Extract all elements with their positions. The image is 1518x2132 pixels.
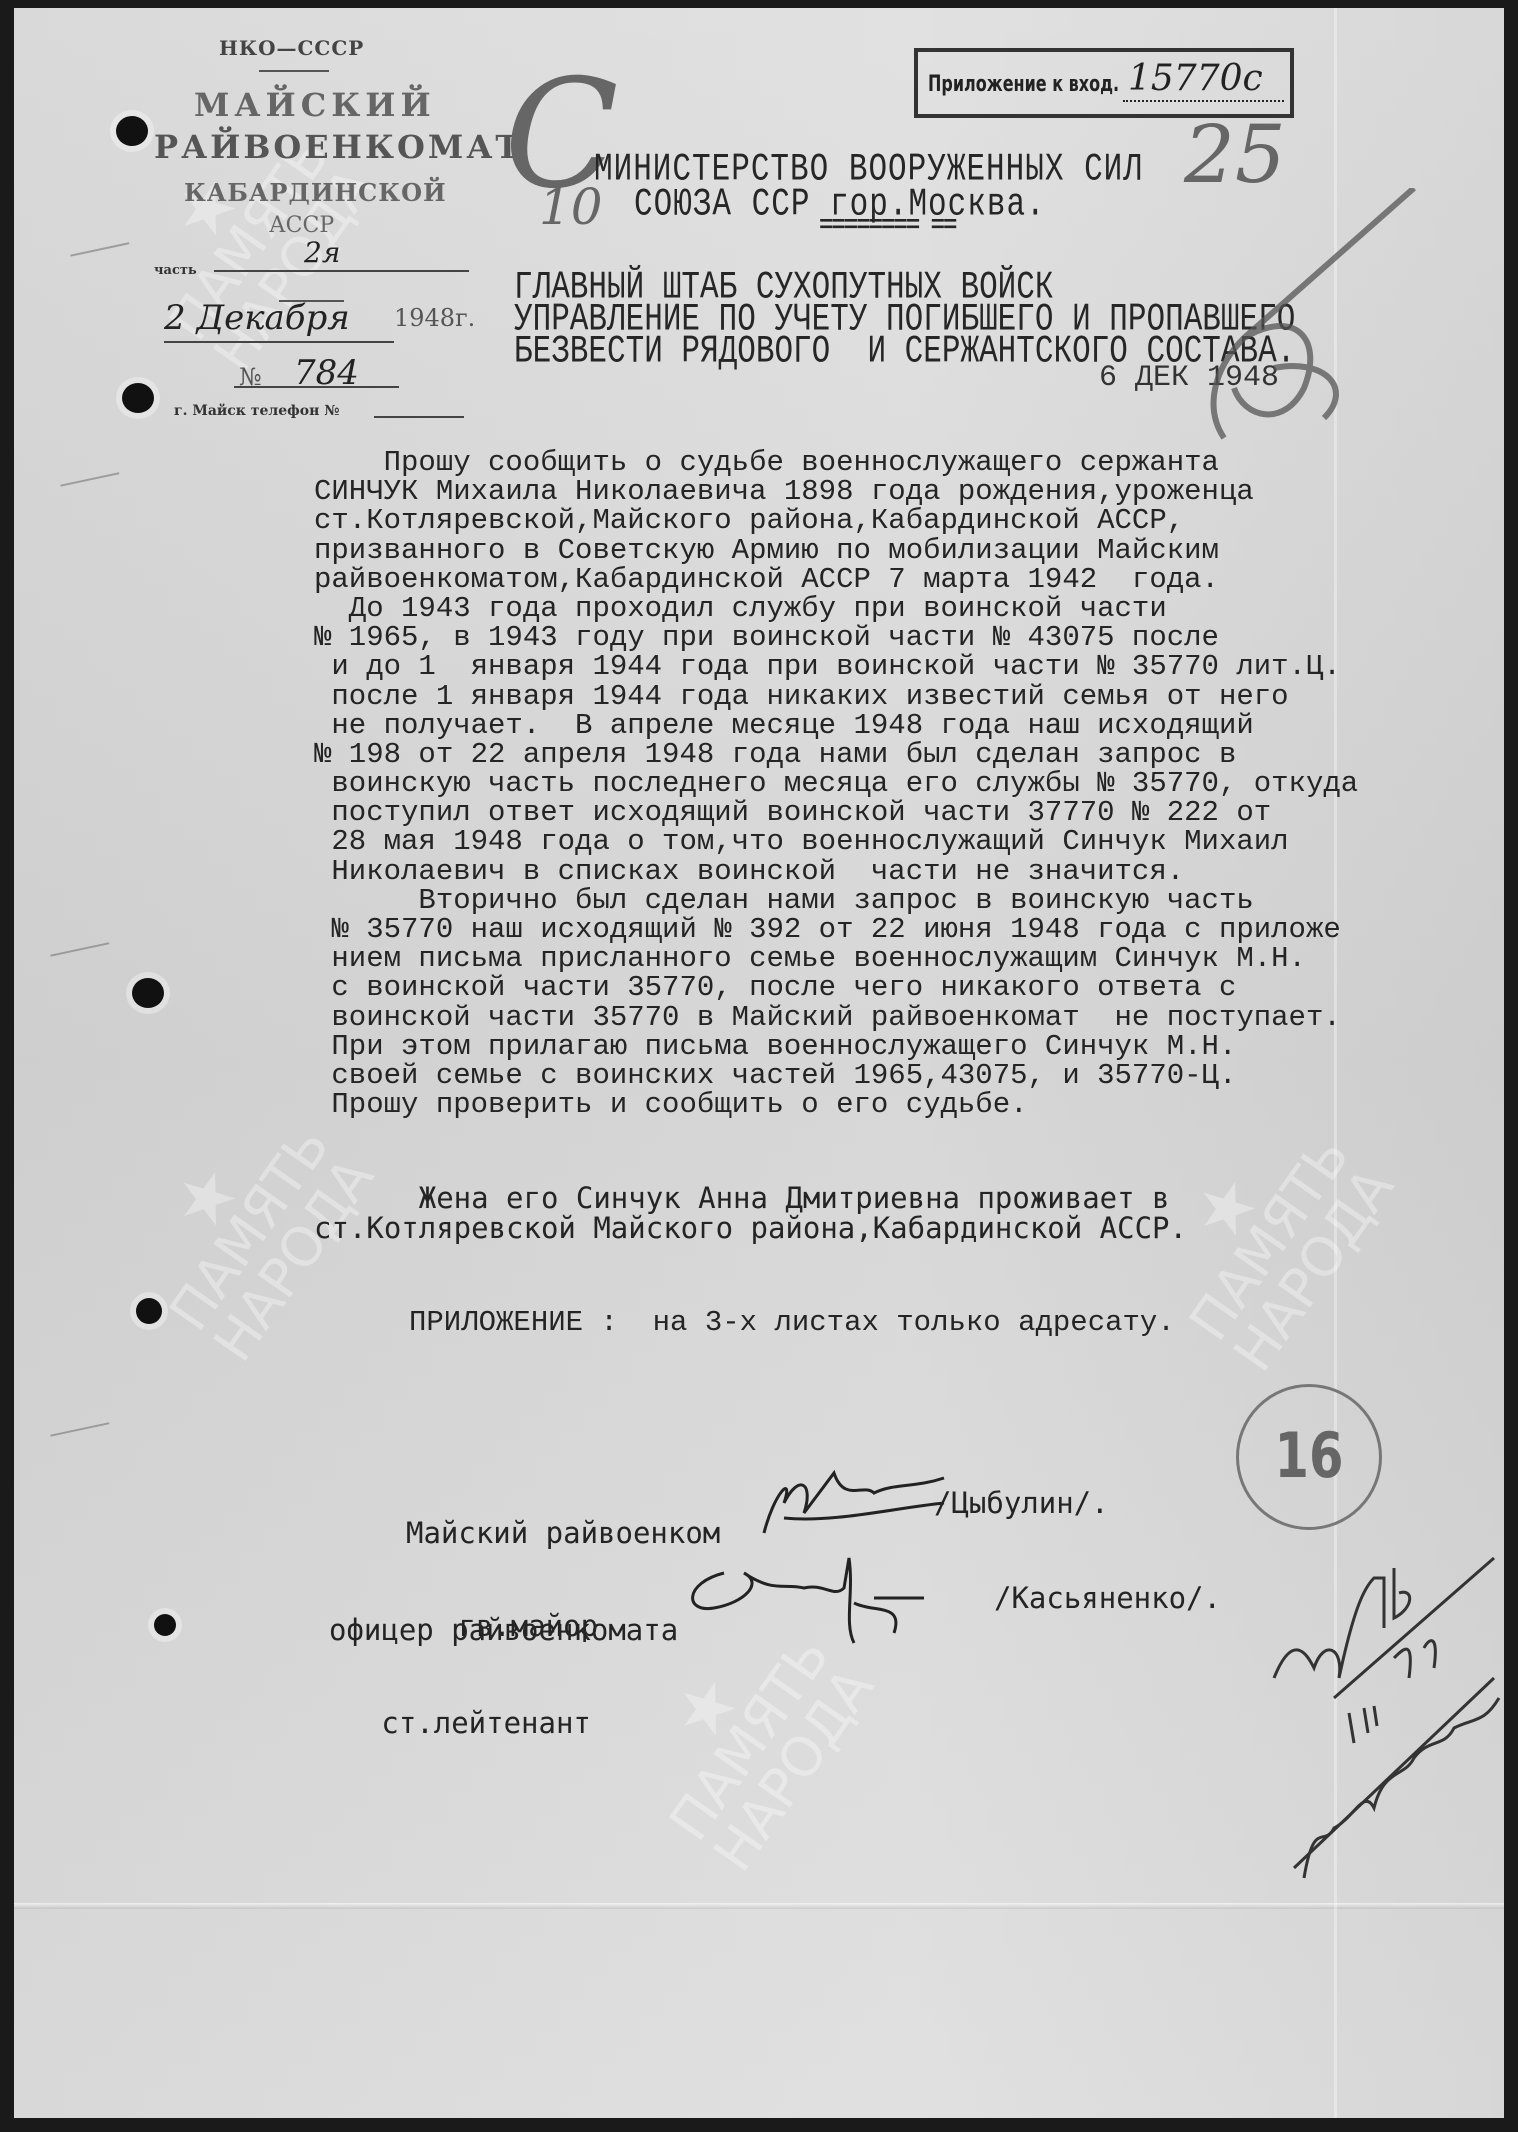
body-line: Прошу проверить и сообщить о его судьбе. <box>314 1090 1358 1119</box>
signature-title-line: ст.лейтенант <box>329 1708 678 1739</box>
pencil-scribble <box>1124 188 1424 448</box>
body-line: и до 1 января 1944 года при воинской час… <box>314 652 1358 681</box>
wife-paragraph: Жена его Синчук Анна Дмитриевна проживае… <box>314 1183 1187 1243</box>
sheet-number-stamp: 16 <box>1236 1384 1382 1530</box>
punch-hole <box>132 978 164 1008</box>
punch-hole <box>154 1614 176 1636</box>
body-line: ст.Котляревской,Майского района,Кабардин… <box>314 506 1358 535</box>
field-line <box>234 386 399 388</box>
stamp-line: РАЙВОЕНКОМАТ <box>154 128 522 166</box>
stamp-org: НКО—СССР <box>219 36 364 60</box>
punch-hole <box>136 1298 162 1324</box>
incoming-stamp-dots <box>1123 100 1284 102</box>
stamp-line: АССР <box>269 213 334 238</box>
stamp-line: КАБАРДИНСКОЙ <box>184 178 447 207</box>
stamp-line: МАЙСКИЙ <box>194 86 436 124</box>
sheet-number: 16 <box>1253 1419 1365 1492</box>
signature-handwritten <box>754 1463 954 1543</box>
body-line: № 1965, в 1943 году при воинской части №… <box>314 623 1358 652</box>
signature-title-line: Майский райвоенком <box>406 1518 720 1549</box>
paper-tear <box>50 942 117 996</box>
body-line: воинской части 35770 в Майский райвоенко… <box>314 1003 1358 1032</box>
paper-tear <box>60 472 127 526</box>
addressee-separator: ======== == <box>819 213 955 240</box>
paper-tear <box>50 1422 117 1476</box>
stamp-year: 1948г. <box>394 304 475 332</box>
body-line: райвоенкоматом,Кабардинской АССР 7 марта… <box>314 565 1358 594</box>
body-line: При этом прилагаю письма военнослужащего… <box>314 1032 1358 1061</box>
body-line: с воинской части 35770, после чего никак… <box>314 973 1358 1002</box>
body-line: призванного в Советскую Армию по мобилиз… <box>314 536 1358 565</box>
wife-line: Жена его Синчук Анна Дмитриевна проживае… <box>314 1183 1187 1213</box>
signature-title-line: офицер райвоенкомата <box>329 1615 678 1646</box>
body-line: Вторично был сделан нами запрос в воинск… <box>314 886 1358 915</box>
incoming-stamp-label: Приложение к вход. <box>928 70 1119 97</box>
watermark-line: НАРОДА <box>1226 1160 1403 1381</box>
body-line: нием письма присланного семье военнослуж… <box>314 944 1358 973</box>
handwritten-part: 2я <box>304 236 340 269</box>
body-line: Николаевич в списках воинской части не з… <box>314 857 1358 886</box>
field-line <box>214 270 469 272</box>
watermark-star-icon: ★ <box>117 1088 294 1309</box>
watermark-line: ПАМЯТЬ <box>1181 1129 1358 1350</box>
body-line: поступил ответ исходящий воинской части … <box>314 798 1358 827</box>
body-line: № 198 от 22 апреля 1948 года нами был сд… <box>314 740 1358 769</box>
field-line <box>374 416 464 418</box>
punch-hole <box>116 116 148 146</box>
margin-handwriting <box>1264 1548 1518 1888</box>
body-line: 28 мая 1948 года о том,что военнослужащи… <box>314 827 1358 856</box>
signature-title: офицер райвоенкомата ст.лейтенант <box>329 1553 678 1801</box>
watermark-line: НАРОДА <box>706 1660 883 1881</box>
field-line <box>164 341 394 343</box>
incoming-stamp-number: 15770с <box>1128 58 1263 99</box>
handwritten-date: 2 Декабря <box>164 298 350 338</box>
body-line: воинскую часть последнего месяца его слу… <box>314 769 1358 798</box>
letter-body: Прошу сообщить о судьбе военнослужащего … <box>314 448 1358 1119</box>
document-page: ★ ПАМЯТЬ НАРОДА ★ ПАМЯТЬ НАРОДА ★ ПАМЯТЬ… <box>14 8 1504 2118</box>
body-line: № 35770 наш исходящий № 392 от 22 июня 1… <box>314 915 1358 944</box>
stamp-phone: г. Майск телефон № <box>174 403 339 419</box>
paper-tear <box>70 242 137 296</box>
body-line: СИНЧУК Михаила Николаевича 1898 года рож… <box>314 477 1358 506</box>
body-line: после 1 января 1944 года никаких извести… <box>314 682 1358 711</box>
signer-name: /Цыбулин/. <box>934 1488 1109 1519</box>
stamp-part-label: часть <box>154 263 197 278</box>
paper-fold <box>14 1903 1504 1909</box>
body-line: До 1943 года проходил службу при воинско… <box>314 594 1358 623</box>
body-line: Прошу сообщить о судьбе военнослужащего … <box>314 448 1358 477</box>
attachment-note: ПРИЛОЖЕНИЕ : на 3-х листах только адреса… <box>409 1306 1175 1339</box>
signer-name: /Касьяненко/. <box>994 1583 1221 1614</box>
watermark-line: ПАМЯТЬ <box>161 1119 338 1340</box>
body-line: не получает. В апреле месяце 1948 года н… <box>314 711 1358 740</box>
body-line: своей семье с воинских частей 1965,43075… <box>314 1061 1358 1090</box>
wife-line: ст.Котляревской Майского района,Кабардин… <box>314 1213 1187 1243</box>
signature-handwritten <box>674 1553 934 1653</box>
punch-hole <box>122 383 154 413</box>
stamp-rule <box>259 70 329 72</box>
